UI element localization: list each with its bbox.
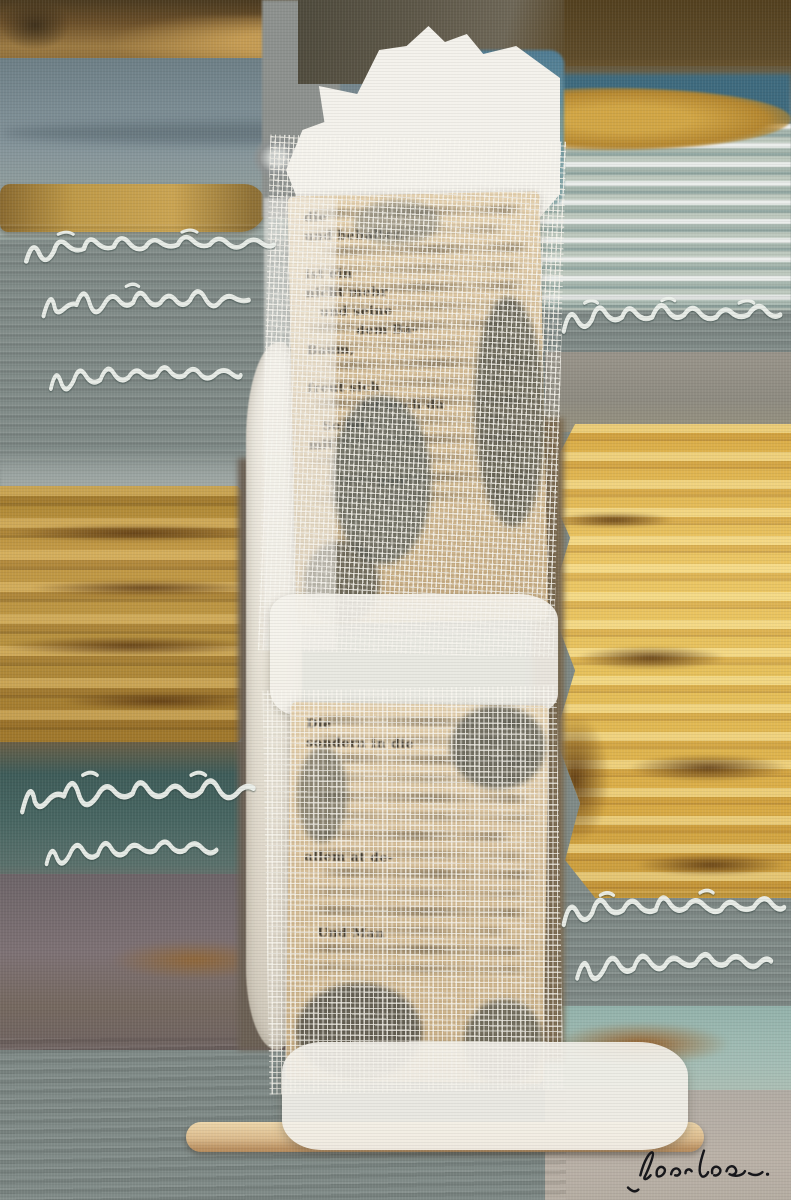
white-script-line-3 bbox=[46, 358, 244, 408]
script-stroke bbox=[564, 298, 781, 331]
gold-stain bbox=[628, 754, 788, 782]
white-script-line-2 bbox=[38, 282, 258, 334]
white-script-line-5 bbox=[40, 832, 238, 884]
script-stroke bbox=[51, 368, 241, 389]
gold-stain bbox=[554, 512, 674, 528]
gold-stain bbox=[0, 636, 262, 656]
white-script-line-right-1 bbox=[560, 296, 786, 350]
script-stroke bbox=[22, 773, 253, 812]
gold-stain bbox=[60, 692, 260, 710]
gold-stain bbox=[30, 580, 260, 596]
gold-stain bbox=[576, 646, 726, 670]
white-script-line-1 bbox=[22, 228, 278, 276]
gold-stain bbox=[10, 524, 260, 542]
white-script-line-right-2 bbox=[558, 888, 788, 944]
top-left-dark-patch bbox=[0, 0, 70, 50]
gauze-overlay-lower bbox=[262, 685, 563, 1094]
right-gold-leaf-block bbox=[540, 424, 791, 898]
script-stroke bbox=[577, 955, 771, 979]
script-stroke bbox=[564, 890, 784, 924]
script-stroke bbox=[26, 230, 273, 261]
signature-stroke bbox=[628, 1151, 769, 1192]
gold-stain bbox=[636, 854, 786, 876]
white-script-line-right-3 bbox=[572, 944, 778, 1000]
script-stroke bbox=[47, 842, 217, 864]
left-gold-leaf-block bbox=[0, 486, 270, 748]
right-grey-band bbox=[545, 352, 791, 432]
right-pale-brushstroke-band bbox=[538, 124, 791, 310]
artwork-photo: dieund behalten.ist einnicht mehrund sei… bbox=[0, 0, 791, 1200]
artist-signature bbox=[626, 1134, 786, 1194]
white-script-line-4 bbox=[16, 770, 266, 830]
script-stroke bbox=[44, 284, 249, 316]
